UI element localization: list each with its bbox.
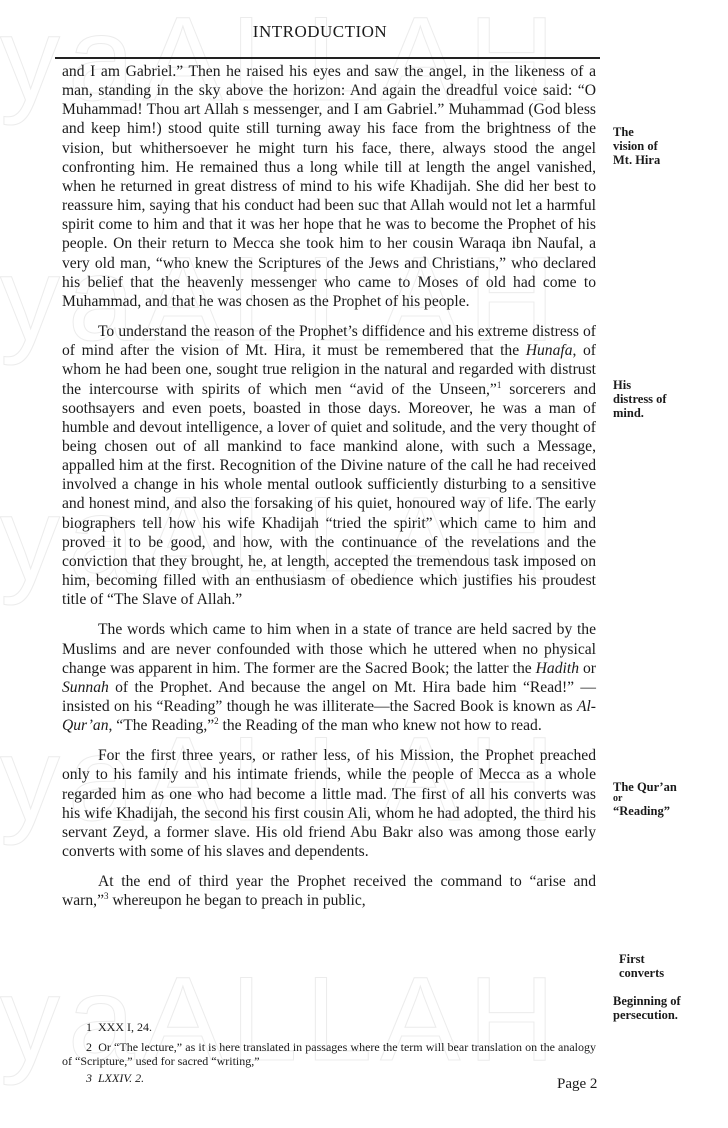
paragraph: The words which came to him when in a st… [62, 620, 596, 735]
footnote: 3 LXXIV. 2. [62, 1071, 596, 1085]
margin-note-quran: The Qur’an or “Reading” [613, 780, 723, 818]
footnote: 2 Or “The lecture,” as it is here transl… [62, 1040, 596, 1068]
margin-note-distress: His distress of mind. [613, 378, 723, 420]
page-header: INTRODUCTION [0, 22, 640, 42]
body-text: and I am Gabriel.” Then he raised his ey… [62, 62, 596, 911]
margin-note-line-italic: Mt. Hira [613, 153, 723, 167]
paragraph-gap [62, 861, 596, 872]
paragraph: At the end of third year the Prophet rec… [62, 872, 596, 910]
page-number: Page 2 [557, 1076, 597, 1093]
paragraph-gap [62, 609, 596, 620]
margin-note-vision: The vision of Mt. Hira [613, 125, 723, 167]
paragraph-gap [62, 311, 596, 322]
paragraph: and I am Gabriel.” Then he raised his ey… [62, 62, 596, 311]
paragraph: For the first three years, or rather les… [62, 746, 596, 861]
paragraph: To understand the reason of the Prophet’… [62, 322, 596, 609]
paragraph-gap [62, 735, 596, 746]
header-rule [55, 57, 600, 59]
margin-note-first-converts: First converts [619, 952, 728, 980]
footnote: 1 XXX I, 24. [62, 1020, 596, 1034]
margin-note-persecution: Beginning of persecution. [613, 994, 723, 1022]
footnotes: 1 XXX I, 24. 2 Or “The lecture,” as it i… [62, 1020, 596, 1085]
